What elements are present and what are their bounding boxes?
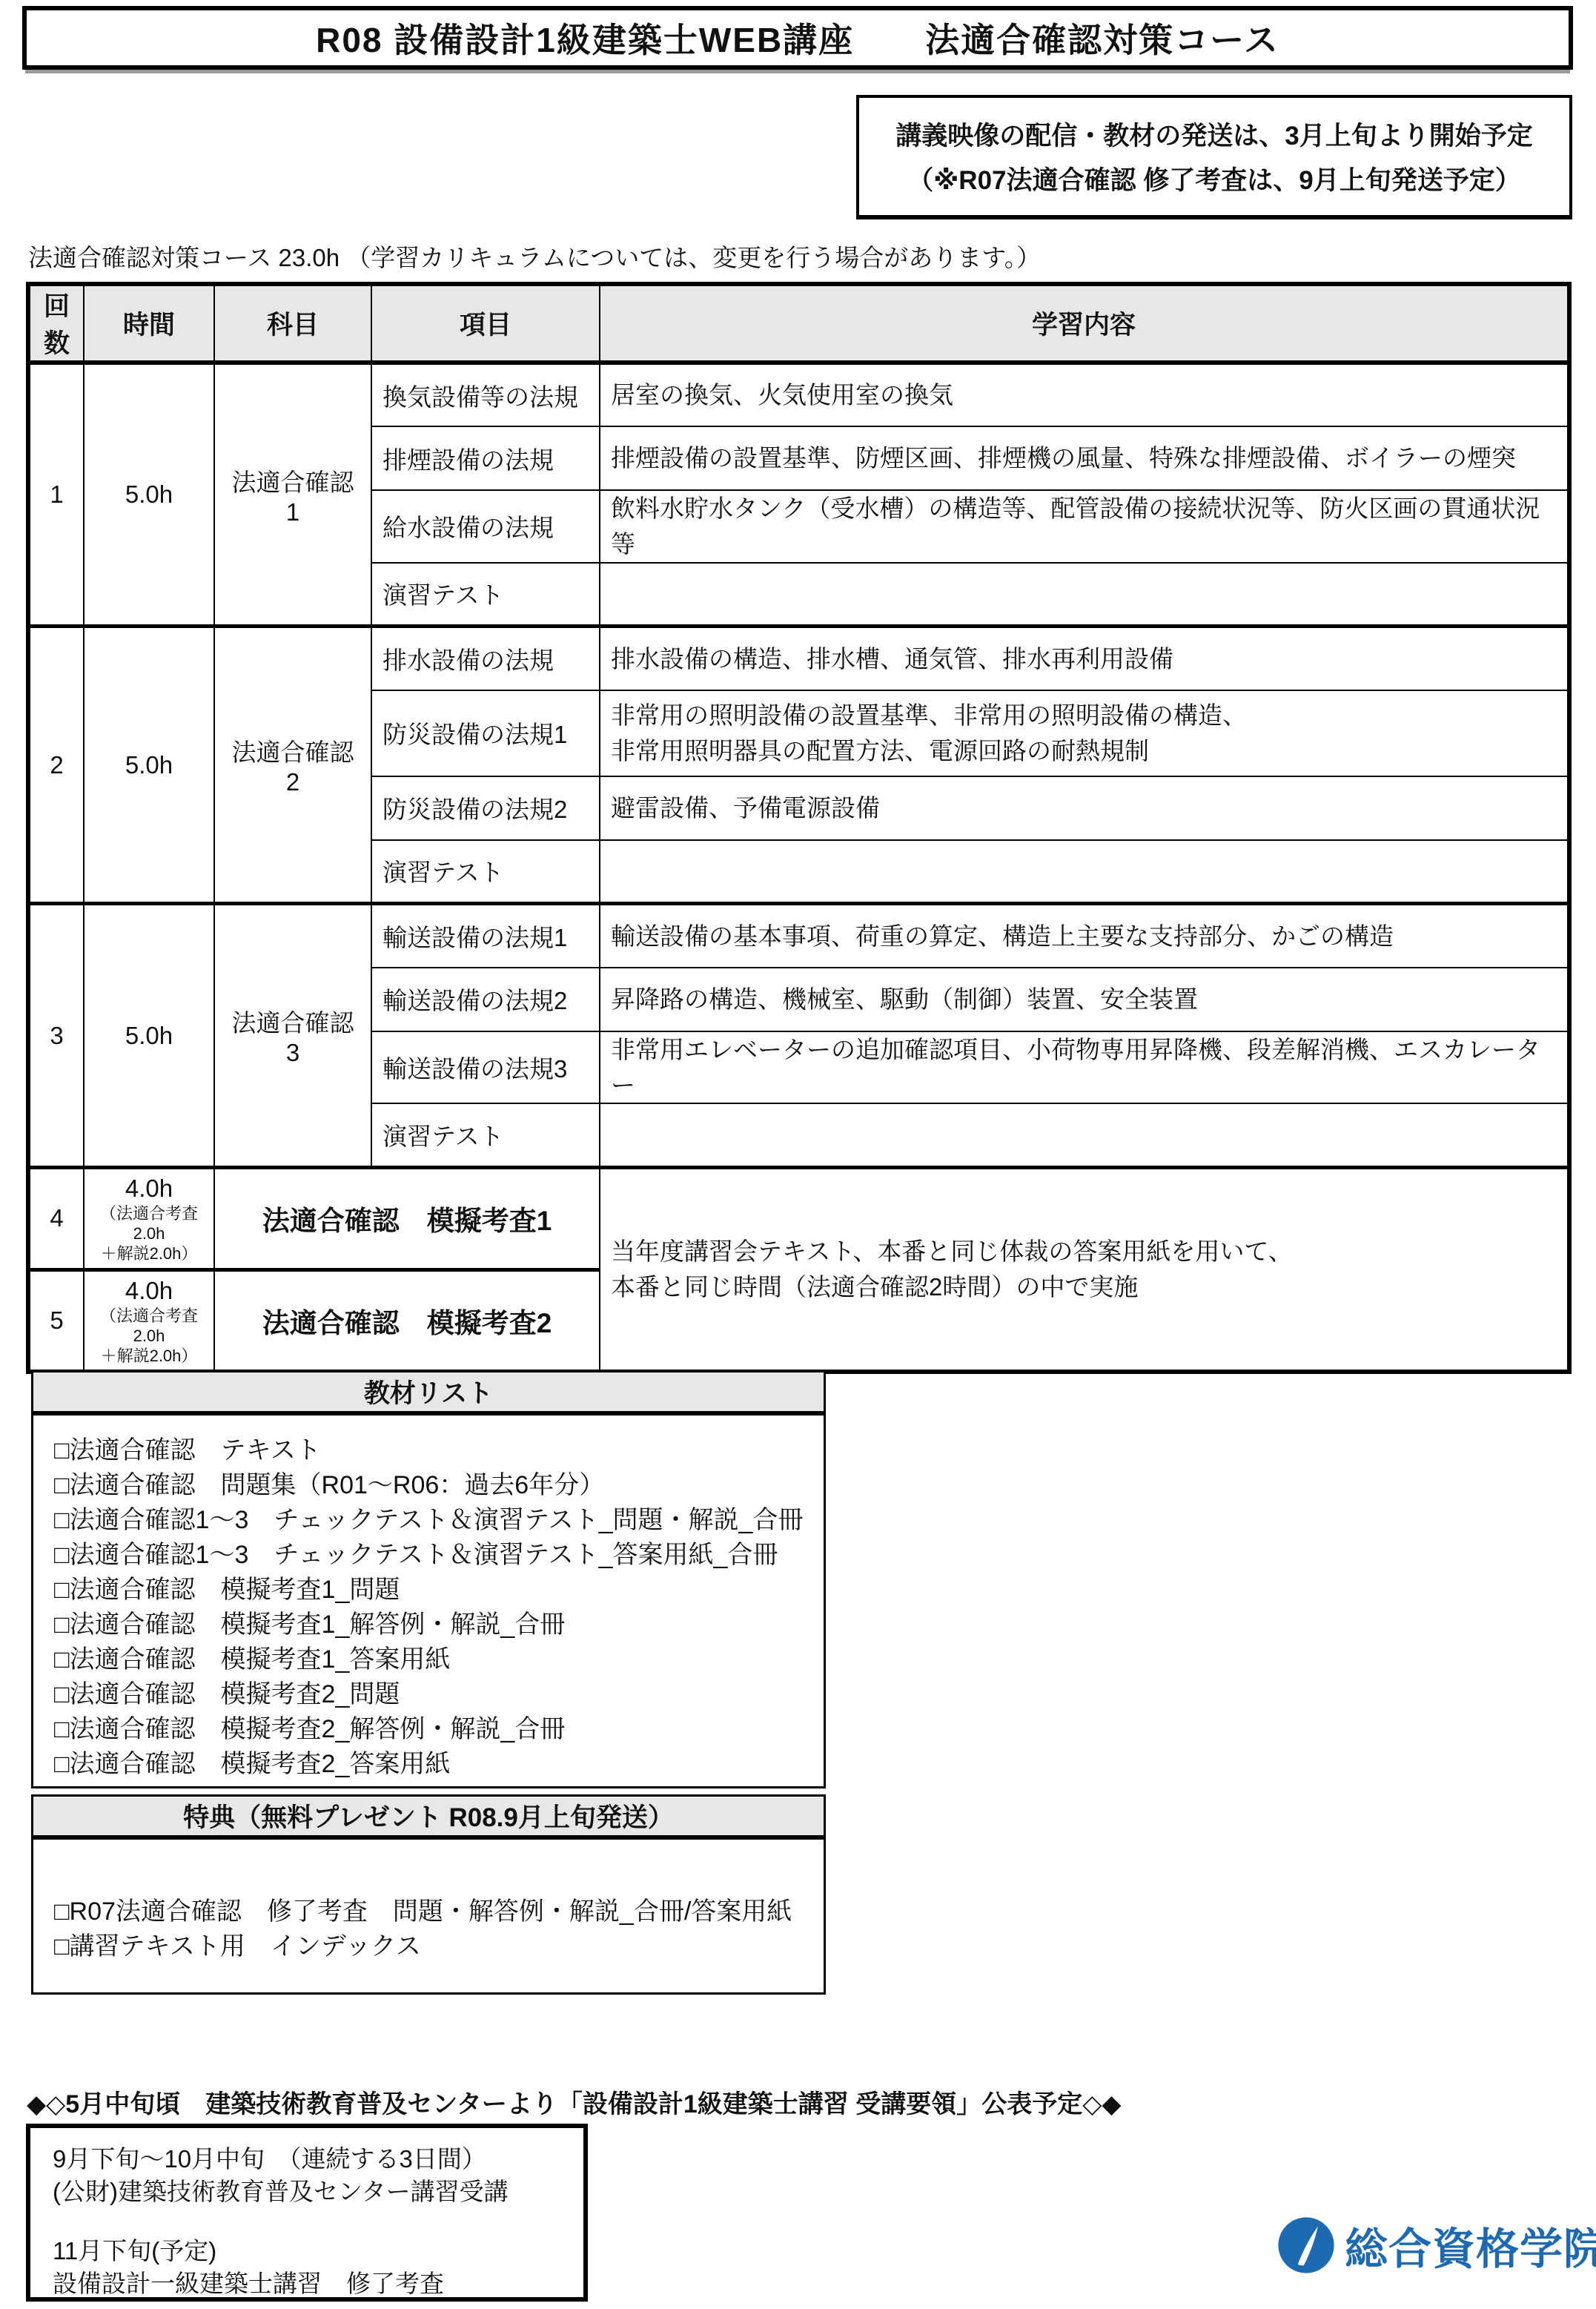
bonus-item: □R07法適合確認 修了考査 問題・解答例・解説_合冊/答案用紙 xyxy=(54,1895,824,1929)
announcement-line: ◆◇5月中旬頃 建築技術教育普及センターより「設備設計1級建築士講習 受講要領」… xyxy=(27,2084,1122,2120)
bonus-list: □R07法適合確認 修了考査 問題・解答例・解説_合冊/答案用紙 □講習テキスト… xyxy=(31,1837,826,1995)
logo-text: 総合資格学院 xyxy=(1345,2214,1596,2276)
header-session-no: 回数 xyxy=(28,284,84,363)
materials-item: □法適合確認 模擬考査2_答案用紙 xyxy=(54,1747,824,1782)
page-title: R08 設備設計1級建築士WEB講座 法適合確認対策コース xyxy=(316,13,1279,62)
item-content xyxy=(600,1103,1569,1167)
session-no: 5 xyxy=(28,1269,84,1372)
session-hours: 4.0h （法適合考査2.0h ＋解説2.0h） xyxy=(84,1167,214,1269)
item-topic: 換気設備等の法規 xyxy=(371,363,600,426)
materials-item: □法適合確認1～3 チェックテスト＆演習テスト_答案用紙_合冊 xyxy=(54,1538,824,1573)
logo-circle-icon xyxy=(1277,2216,1336,2275)
hours-note: ＋解説2.0h） xyxy=(95,1243,203,1263)
bonus-header: 特典（無料プレゼント R08.9月上旬発送） xyxy=(31,1794,826,1837)
session-no: 1 xyxy=(28,363,84,627)
hours-main: 4.0h xyxy=(95,1276,203,1306)
item-content: 非常用の照明設備の設置基準、非常用の照明設備の構造、 非常用照明器具の配置方法、… xyxy=(600,690,1569,776)
header-content: 学習内容 xyxy=(600,284,1569,363)
table-header-row: 回数 時間 科目 項目 学習内容 xyxy=(28,284,1569,363)
item-topic: 輸送設備の法規1 xyxy=(371,904,600,968)
schedule-line: (公財)建築技術教育普及センター講習受講 xyxy=(53,2176,583,2208)
mock-exam-title: 法適合確認 模擬考査2 xyxy=(214,1269,600,1372)
materials-item: □法適合確認 問題集（R01～R06：過去6年分） xyxy=(54,1468,824,1503)
item-content: 排水設備の構造、排水槽、通気管、排水再利用設備 xyxy=(600,627,1569,690)
item-content: 飲料水貯水タンク（受水槽）の構造等、配管設備の接続状況等、防火区画の貫通状況等 xyxy=(600,490,1569,563)
item-topic: 排水設備の法規 xyxy=(371,627,600,690)
item-topic: 輸送設備の法規3 xyxy=(371,1031,600,1104)
session-hours: 5.0h xyxy=(84,904,214,1168)
session-subject: 法適合確認2 xyxy=(214,627,371,904)
header-topic: 項目 xyxy=(371,284,600,363)
notice-line-2: （※R07法適合確認 修了考査は、9月上旬発送予定） xyxy=(907,160,1520,197)
schedule-line: 11月下旬(予定) xyxy=(53,2235,583,2267)
item-content xyxy=(600,563,1569,627)
title-box: R08 設備設計1級建築士WEB講座 法適合確認対策コース xyxy=(22,6,1573,70)
materials-list: □法適合確認 テキスト □法適合確認 問題集（R01～R06：過去6年分） □法… xyxy=(31,1413,826,1788)
item-topic: 排煙設備の法規 xyxy=(371,426,600,490)
schedule-box: 9月下旬～10月中旬 （連続する3日間） (公財)建築技術教育普及センター講習受… xyxy=(26,2124,588,2302)
hours-note: ＋解説2.0h） xyxy=(95,1346,203,1366)
table-row: 2 5.0h 法適合確認2 排水設備の法規 排水設備の構造、排水槽、通気管、排水… xyxy=(28,627,1569,690)
item-topic: 演習テスト xyxy=(371,1103,600,1167)
session-hours: 5.0h xyxy=(84,627,214,904)
item-topic: 給水設備の法規 xyxy=(371,490,600,563)
notice-box: 講義映像の配信・教材の発送は、3月上旬より開始予定 （※R07法適合確認 修了考… xyxy=(856,95,1572,219)
hours-note: （法適合考査2.0h xyxy=(95,1306,203,1346)
session-hours: 4.0h （法適合考査2.0h ＋解説2.0h） xyxy=(84,1269,214,1372)
table-row: 4 4.0h （法適合考査2.0h ＋解説2.0h） 法適合確認 模擬考査1 当… xyxy=(28,1167,1569,1269)
schedule-line: 9月下旬～10月中旬 （連続する3日間） xyxy=(53,2143,583,2176)
item-content: 非常用エレベーターの追加確認項目、小荷物専用昇降機、段差解消機、エスカレーター xyxy=(600,1031,1569,1104)
materials-header: 教材リスト xyxy=(31,1370,826,1413)
session-no: 2 xyxy=(28,627,84,904)
table-row: 3 5.0h 法適合確認3 輸送設備の法規1 輸送設備の基本事項、荷重の算定、構… xyxy=(28,904,1569,968)
hours-note: （法適合考査2.0h xyxy=(95,1203,203,1243)
materials-item: □法適合確認 模擬考査1_解答例・解説_合冊 xyxy=(54,1608,824,1642)
materials-item: □法適合確認 模擬考査1_答案用紙 xyxy=(54,1642,824,1677)
materials-item: □法適合確認 模擬考査2_問題 xyxy=(54,1677,824,1712)
item-content: 排煙設備の設置基準、防煙区画、排煙機の風量、特殊な排煙設備、ボイラーの煙突 xyxy=(600,426,1569,490)
item-content: 輸送設備の基本事項、荷重の算定、構造上主要な支持部分、かごの構造 xyxy=(600,904,1569,968)
table-row: 1 5.0h 法適合確認1 換気設備等の法規 居室の換気、火気使用室の換気 xyxy=(28,363,1569,426)
header-subject: 科目 xyxy=(214,284,371,363)
session-subject: 法適合確認1 xyxy=(214,363,371,627)
item-topic: 輸送設備の法規2 xyxy=(371,968,600,1031)
item-content: 避雷設備、予備電源設備 xyxy=(600,776,1569,840)
item-topic: 演習テスト xyxy=(371,563,600,627)
item-topic: 防災設備の法規1 xyxy=(371,690,600,776)
session-no: 3 xyxy=(28,904,84,1168)
schedule-line: 設備設計一級建築士講習 修了考査 xyxy=(53,2267,583,2300)
curriculum-table: 回数 時間 科目 項目 学習内容 1 5.0h 法適合確認1 換気設備等の法規 … xyxy=(26,282,1572,1374)
bonus-item: □講習テキスト用 インデックス xyxy=(54,1929,824,1964)
session-hours: 5.0h xyxy=(84,363,214,627)
session-subject: 法適合確認3 xyxy=(214,904,371,1168)
header-hours: 時間 xyxy=(84,284,214,363)
mock-exam-content: 当年度講習会テキスト、本番と同じ体裁の答案用紙を用いて、 本番と同じ時間（法適合… xyxy=(600,1167,1569,1372)
course-summary: 法適合確認対策コース 23.0h （学習カリキュラムについては、変更を行う場合が… xyxy=(28,239,1041,274)
schedule-gap xyxy=(53,2208,583,2235)
item-topic: 演習テスト xyxy=(371,840,600,904)
item-content xyxy=(600,840,1569,904)
item-topic: 防災設備の法規2 xyxy=(371,776,600,840)
session-no: 4 xyxy=(28,1167,84,1269)
materials-item: □法適合確認1～3 チェックテスト＆演習テスト_問題・解説_合冊 xyxy=(54,1503,824,1538)
materials-item: □法適合確認 模擬考査1_問題 xyxy=(54,1573,824,1608)
document-page: R08 設備設計1級建築士WEB講座 法適合確認対策コース 講義映像の配信・教材… xyxy=(0,0,1596,2309)
notice-line-1: 講義映像の配信・教材の発送は、3月上旬より開始予定 xyxy=(895,116,1532,153)
item-content: 昇降路の構造、機械室、駆動（制御）装置、安全装置 xyxy=(600,968,1569,1031)
hours-main: 4.0h xyxy=(95,1174,203,1203)
materials-item: □法適合確認 模擬考査2_解答例・解説_合冊 xyxy=(54,1712,824,1747)
item-content: 居室の換気、火気使用室の換気 xyxy=(600,363,1569,426)
materials-item: □法適合確認 テキスト xyxy=(54,1433,824,1468)
mock-exam-title: 法適合確認 模擬考査1 xyxy=(214,1167,600,1269)
sogo-shikaku-logo: 総合資格学院 xyxy=(1277,2214,1596,2276)
